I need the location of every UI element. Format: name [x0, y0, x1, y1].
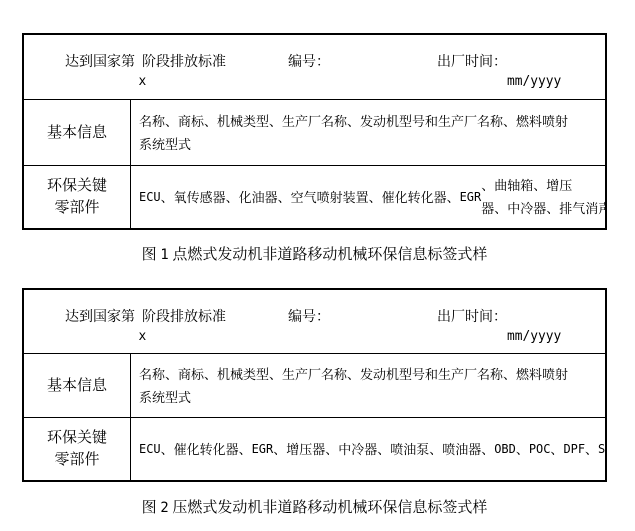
table2-header-row: 达到国家第 x 阶段排放标准 编号： 出厂时间：mm/yyyy — [24, 290, 605, 354]
table1-basic-info-row: 基本信息 名称、商标、机械类型、生产厂名称、发动机型号和生产厂名称、燃料喷射 系… — [24, 100, 605, 165]
figure2-caption: 图 2 压燃式发动机非道路移动机械环保信息标签式样 — [22, 500, 607, 517]
latin-text: x — [139, 73, 147, 90]
document-page: 达到国家第 x 阶段排放标准 编号： 出厂时间：mm/yyyy 基本信息 名称、… — [0, 0, 635, 531]
latin-text: POC — [529, 438, 551, 461]
latin-text: DPF — [563, 438, 585, 461]
table2-basic-info-content: 名称、商标、机械类型、生产厂名称、发动机型号和生产厂名称、燃料喷射 系统型式 — [131, 354, 605, 417]
latin-text: 2 — [160, 500, 168, 516]
table2-basic-info-label: 基本信息 — [24, 354, 131, 417]
table1-key-parts-content: ECU、氧传感器、化油器、空气喷射装置、催化转化器、EGR、曲轴箱、增压 器、中… — [131, 166, 605, 228]
latin-text: EGR — [460, 186, 482, 209]
table2-key-parts-row: 环保关键 零部件 ECU、催化转化器、EGR、增压器、中冷器、喷油泵、喷油器、O… — [24, 417, 605, 480]
table2-basic-info-row: 基本信息 名称、商标、机械类型、生产厂名称、发动机型号和生产厂名称、燃料喷射 系… — [24, 354, 605, 417]
latin-text: ECU — [139, 186, 161, 209]
latin-text: mm/yyyy — [507, 73, 561, 90]
latin-text: x — [139, 328, 147, 345]
emission-label-table-2: 达到国家第 x 阶段排放标准 编号： 出厂时间：mm/yyyy 基本信息 名称、… — [22, 288, 607, 482]
table1-manufacture-date-label: 出厂时间：mm/yyyy — [437, 54, 507, 71]
table2-key-parts-label: 环保关键 零部件 — [24, 418, 131, 480]
latin-text: 1 — [160, 247, 168, 263]
latin-text: EGR — [252, 438, 274, 461]
table2-key-parts-content: ECU、催化转化器、EGR、增压器、中冷器、喷油泵、喷油器、OBD、POC、DP… — [131, 418, 605, 480]
table1-serial-number-label: 编号： — [288, 54, 330, 71]
table1-key-parts-label: 环保关键 零部件 — [24, 166, 131, 228]
latin-text: OBD — [494, 438, 516, 461]
table1-key-parts-row: 环保关键 零部件 ECU、氧传感器、化油器、空气喷射装置、催化转化器、EGR、曲… — [24, 165, 605, 228]
table1-header-row: 达到国家第 x 阶段排放标准 编号： 出厂时间：mm/yyyy — [24, 35, 605, 100]
table2-emission-standard-text: 达到国家第 x 阶段排放标准 — [65, 309, 226, 326]
table1-basic-info-content: 名称、商标、机械类型、生产厂名称、发动机型号和生产厂名称、燃料喷射 系统型式 — [131, 100, 605, 165]
figure1-caption: 图 1 点燃式发动机非道路移动机械环保信息标签式样 — [22, 247, 607, 264]
table2-serial-number-label: 编号： — [288, 309, 330, 326]
table2-manufacture-date-label: 出厂时间：mm/yyyy — [437, 309, 507, 326]
latin-text: SCR — [598, 438, 605, 461]
latin-text: mm/yyyy — [507, 328, 561, 345]
table1-basic-info-label: 基本信息 — [24, 100, 131, 165]
latin-text: ECU — [139, 438, 161, 461]
emission-label-table-1: 达到国家第 x 阶段排放标准 编号： 出厂时间：mm/yyyy 基本信息 名称、… — [22, 33, 607, 230]
table1-emission-standard-text: 达到国家第 x 阶段排放标准 — [65, 54, 226, 71]
